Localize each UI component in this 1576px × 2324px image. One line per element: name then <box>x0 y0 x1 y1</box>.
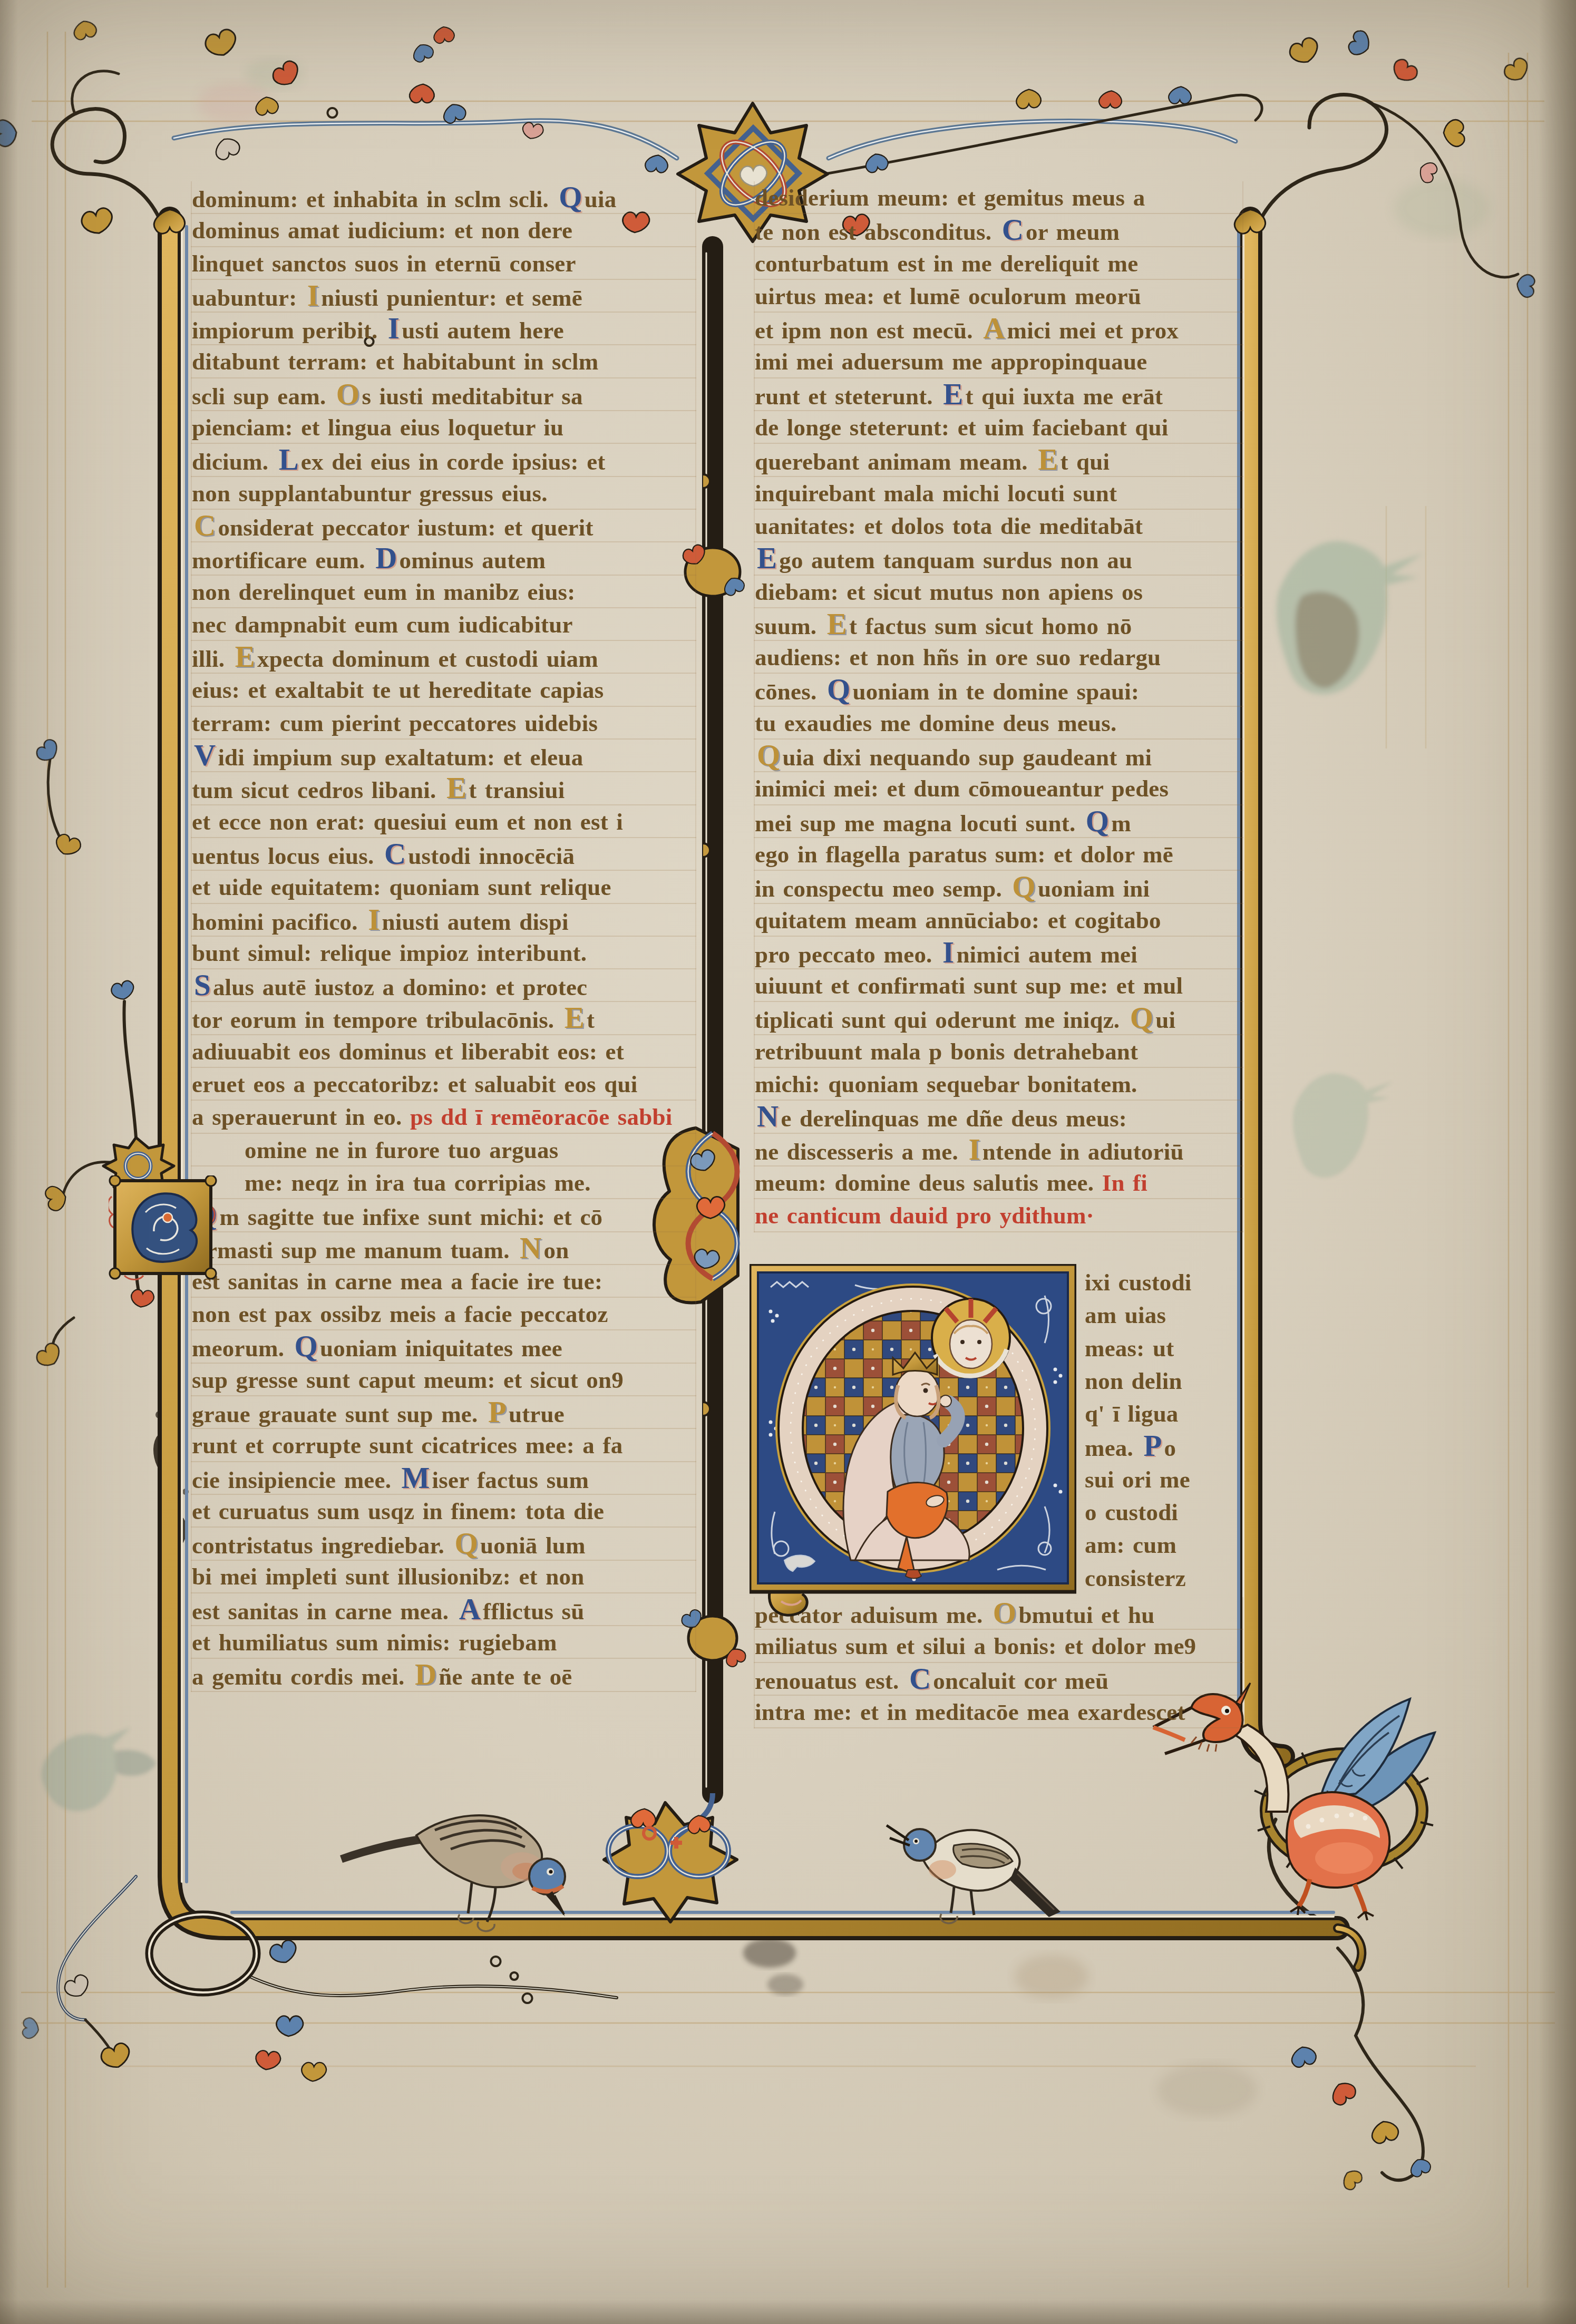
text-line: michi: quoniam sequebar bonitatem. <box>755 1068 1242 1101</box>
versal-initial: E <box>941 378 965 411</box>
text-line: uanitates: et dolos tota die meditabāt <box>755 510 1242 542</box>
versal-initial: C <box>1000 213 1026 247</box>
text-line: impiorum peribit. Iusti autem here <box>192 313 695 345</box>
text-line: quitatem meam annūciabo: et cogitabo <box>755 904 1242 937</box>
versal-initial: O <box>334 378 362 411</box>
text-line: uirtus mea: et lumē oculorum meorū <box>755 280 1242 313</box>
text-line: imi mei aduersum me appropinquaue <box>755 345 1242 378</box>
text-line: homini pacifico. Iniusti autem dispi <box>192 904 695 937</box>
versal-initial: C <box>907 1662 933 1696</box>
text-line: eruet eos a peccatoribz: et saluabit eos… <box>192 1068 695 1101</box>
text-line: uabuntur: Iniusti punientur: et semē <box>192 280 695 313</box>
text-line: q' ī ligua <box>1085 1397 1243 1430</box>
face-of-god-icon <box>932 1299 1010 1377</box>
interlace-knot-bottom <box>604 1793 737 1922</box>
text-line: et ipm non est mecū. Amici mei et prox <box>755 313 1242 345</box>
text-line: intra me: et in meditacōe mea exardescet <box>755 1696 1242 1728</box>
text-line: Qm sagitte tue infixe sunt michi: et cō <box>192 1199 695 1232</box>
text-line: adiuuabit eos dominus et liberabit eos: … <box>192 1035 695 1068</box>
versal-initial: Q <box>755 739 783 772</box>
text-line: consisterz <box>1085 1562 1243 1594</box>
text-line: tor eorum in tempore tribulacōnis. Et <box>192 1002 695 1035</box>
text-line: non derelinquet eum in manibz eius: <box>192 576 695 608</box>
text-line: mortificare eum. Dominus autem <box>192 542 695 575</box>
text-line: dominum: et inhabita in sclm scli. Quia <box>192 181 695 214</box>
right-column-narrow-lines: ixi custodiam uiasmeas: utnon delinq' ī … <box>1085 1266 1243 1594</box>
text-line: inimici mei: et dum cōmoueantur pedes <box>755 772 1242 805</box>
versal-initial: L <box>277 443 301 477</box>
text-line: non delin <box>1085 1365 1243 1397</box>
text-line: am uias <box>1085 1299 1243 1331</box>
text-line: graue grauate sunt sup me. Putrue <box>192 1396 695 1429</box>
versal-initial: A <box>457 1593 483 1626</box>
text-line: de longe steterunt: et uim faciebant qui <box>755 411 1242 444</box>
text-line: Quia dixi nequando sup gaudeant mi <box>755 740 1242 772</box>
text-line: non supplantabuntur gressus eius. <box>192 477 695 510</box>
rubric-text: ps dd ī remēoracōe sabbi <box>410 1104 672 1130</box>
text-line: et ecce non erat: quesiui eum et non est… <box>192 805 695 838</box>
ghost-bird-icon <box>1293 1073 1393 1178</box>
versal-initial: P <box>486 1396 509 1429</box>
versal-initial: I <box>386 312 402 345</box>
text-line: Ne derelinquas me dñe deus meus: <box>755 1101 1242 1133</box>
text-line: querebant animam meam. Et qui <box>755 444 1242 477</box>
text-line: conturbatum est in me dereliquit me <box>755 247 1242 280</box>
versal-initial: Q <box>557 181 585 214</box>
text-line: meorum. Quoniam iniquitates mee <box>192 1330 695 1363</box>
text-line: bunt simul: relique impioz interibunt. <box>192 937 695 969</box>
text-line: Considerat peccator iustum: et querit <box>192 510 695 542</box>
versal-initial: D <box>413 1658 439 1691</box>
rubric-text: ne canticum dauid pro ydithum· <box>755 1202 1094 1229</box>
text-line: cōnes. Quoniam in te domine spaui: <box>755 674 1242 706</box>
text-line: sup gresse sunt caput meum: et sicut on9 <box>192 1364 695 1396</box>
text-line: firmasti sup me manum tuam. Non <box>192 1232 695 1265</box>
text-line: eius: et exaltabit te ut hereditate capi… <box>192 674 695 706</box>
versal-initial: E <box>1036 443 1060 477</box>
manuscript-page: dominum: et inhabita in sclm scli. Quiad… <box>0 0 1576 2324</box>
versal-initial: D <box>373 542 399 575</box>
left-text-column: dominum: et inhabita in sclm scli. Quiad… <box>191 181 696 1692</box>
versal-initial: I <box>966 1133 982 1166</box>
text-line: a sperauerunt in eo. ps dd ī remēoracōe … <box>192 1101 695 1133</box>
versal-initial: P <box>1141 1430 1164 1463</box>
ghost-bird-icon <box>1277 541 1423 695</box>
text-line: inquirebant mala michi locuti sunt <box>755 477 1242 510</box>
versal-initial: I <box>305 279 321 313</box>
text-line: dominus amat iudicium: et non dere <box>192 214 695 247</box>
versal-initial: E <box>755 542 779 575</box>
text-line: non est pax ossibz meis a facie peccatoz <box>192 1298 695 1330</box>
text-line: runt et corrupte sunt cicatrices mee: a … <box>192 1429 695 1462</box>
text-line: Vidi impium sup exaltatum: et eleua <box>192 740 695 772</box>
ghost-bird-icon <box>42 1728 157 1811</box>
right-text-column: desiderium meum: et gemitus meus ate non… <box>754 181 1243 1232</box>
text-line: ego in flagella paratus sum: et dolor mē <box>755 838 1242 871</box>
text-line: dicium. Lex dei eius in corde ipsius: et <box>192 444 695 477</box>
text-line: contristatus ingrediebar. Quoniā lum <box>192 1528 695 1560</box>
text-line: desiderium meum: et gemitus meus a <box>755 181 1242 214</box>
text-line: cie insipiencie mee. Miser factus sum <box>192 1462 695 1495</box>
versal-initial: Q <box>1084 805 1112 838</box>
text-line: bi mei impleti sunt illusionibz: et non <box>192 1560 695 1593</box>
text-line: o custodi <box>1085 1496 1243 1529</box>
text-line: Ego autem tanquam surdus non au <box>755 542 1242 575</box>
text-line: retribuunt mala p bonis detrahebant <box>755 1035 1242 1068</box>
text-line: nec dampnabit eum cum iudicabitur <box>192 608 695 641</box>
text-line: linquet sanctos suos in eternū conser <box>192 247 695 280</box>
text-line: tu exaudies me domine deus meus. <box>755 707 1242 740</box>
standing-bird-icon <box>887 1825 1061 1923</box>
versal-initial: Q <box>1010 870 1038 903</box>
text-line: te non est absconditus. Cor meum <box>755 214 1242 247</box>
text-line: suum. Et factus sum sicut homo nō <box>755 608 1242 641</box>
text-line: pienciam: et lingua eius loquetur iu <box>192 411 695 444</box>
versal-initial: E <box>825 608 849 641</box>
text-line: meas: ut <box>1085 1332 1243 1365</box>
text-line: mea. Po <box>1085 1430 1243 1463</box>
text-line: ixi custodi <box>1085 1266 1243 1299</box>
versal-initial: E <box>562 1001 587 1035</box>
text-line: mei sup me magna locuti sunt. Qm <box>755 805 1242 838</box>
text-line: runt et steterunt. Et qui iuxta me erāt <box>755 378 1242 411</box>
text-line: uentus locus eius. Custodi innocēciā <box>192 838 695 871</box>
text-line: illi. Expecta dominum et custodi uiam <box>192 641 695 674</box>
text-line: me: neqz in ira tua corripias me. <box>192 1166 695 1199</box>
text-line: tiplicati sunt qui oderunt me iniqz. Qui <box>755 1002 1242 1035</box>
text-line: sui ori me <box>1085 1463 1243 1496</box>
text-line: meum: domine deus salutis mee. In fi <box>755 1166 1242 1199</box>
versal-initial: V <box>192 739 218 772</box>
text-line: audiens: et non hñs in ore suo redargu <box>755 641 1242 674</box>
text-line: uiuunt et confirmati sunt sup me: et mul <box>755 969 1242 1002</box>
text-line: et uide equitatem: quoniam sunt relique <box>192 871 695 903</box>
text-line: in conspectu meo semp. Quoniam ini <box>755 871 1242 903</box>
text-line: ne discesseris a me. Intende in adiutori… <box>755 1134 1242 1166</box>
text-line: ditabunt terram: et habitabunt in sclm <box>192 345 695 378</box>
rubric-text: In fi <box>1102 1170 1147 1196</box>
versal-initial: Q <box>293 1330 320 1363</box>
text-line: Salus autē iustoz a domino: et protec <box>192 969 695 1002</box>
versal-initial: S <box>192 969 213 1002</box>
versal-initial: N <box>518 1232 543 1265</box>
text-line: tum sicut cedros libani. Et transiui <box>192 772 695 805</box>
versal-initial: Q <box>1128 1001 1156 1035</box>
text-line: et humiliatus sum nimis: rugiebam <box>192 1626 695 1659</box>
versal-initial: I <box>940 936 956 969</box>
versal-initial: M <box>400 1462 432 1495</box>
text-line: est sanitas in carne mea a facie ire tue… <box>192 1265 695 1298</box>
historiated-initial-d-king-david <box>750 1264 1076 1636</box>
versal-initial: E <box>444 772 469 805</box>
versal-initial: A <box>981 312 1007 345</box>
text-line: ne canticum dauid pro ydithum· <box>755 1199 1242 1232</box>
text-line: pro peccato meo. Inimici autem mei <box>755 937 1242 969</box>
versal-initial: N <box>755 1100 781 1133</box>
text-line: diebam: et sicut mutus non apiens os <box>755 576 1242 608</box>
text-line: a gemitu cordis mei. Dñe ante te oē <box>192 1659 695 1691</box>
text-line: est sanitas in carne mea. Afflictus sū <box>192 1593 695 1626</box>
versal-initial: E <box>233 640 257 674</box>
versal-initial: I <box>366 903 382 937</box>
versal-initial: Q <box>452 1527 480 1560</box>
versal-initial: C <box>382 838 408 871</box>
text-line: am: cum <box>1085 1529 1243 1561</box>
versal-initial: C <box>192 509 218 542</box>
versal-initial: Q <box>825 673 853 706</box>
large-initial-d-domine <box>109 1175 219 1286</box>
text-line: omine ne in furore tuo arguas <box>192 1134 695 1166</box>
text-line: scli sup eam. Os iusti meditabitur sa <box>192 378 695 411</box>
text-line: renouatus est. Concaluit cor meū <box>755 1663 1242 1696</box>
text-line: terram: cum pierint peccatores uidebis <box>192 707 695 740</box>
text-line: et curuatus sum usqz in finem: tota die <box>192 1495 695 1528</box>
